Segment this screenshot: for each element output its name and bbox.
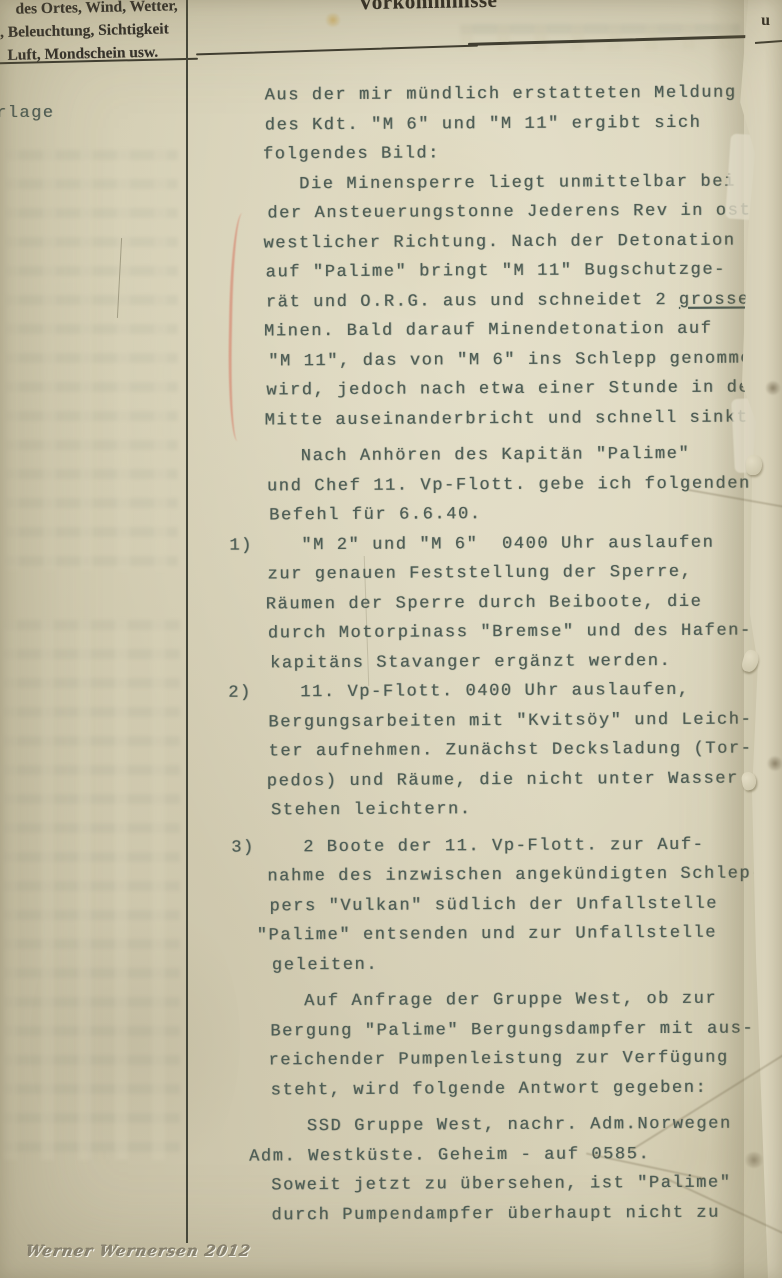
form-header-left-line: , Beleuchtung, Sichtigkeit [0,17,190,44]
typed-line: durch Pumpendampfer überhaupt nicht zu [271,1198,782,1231]
list-marker: 3) [231,833,255,863]
typed-line: reichender Pumpenleistung zur Verfügung [268,1043,782,1076]
typed-line: rät und O.R.G. aus und schneidet 2 gross… [266,285,780,318]
typed-text: rät und O.R.G. aus und schneidet 2 [266,290,679,312]
typed-line: "M 11", das von "M 6" ins Schlepp genomm… [268,344,782,377]
typed-line: steht, wird folgende Antwort gegeben: [271,1073,782,1106]
column-divider-line [186,0,188,1243]
typed-line: und Chef 11. Vp-Flott. gebe ich folgende… [267,469,781,502]
typed-line: geleiten. [272,948,782,981]
typed-line: kapitäns Stavanger ergänzt werden. [270,646,782,679]
typed-text: 11. Vp-Flott. 0400 Uhr auslaufen, [300,681,690,702]
typed-text: Befehl für 6.6.40. [269,505,482,525]
typed-line: Stehen leichtern. [271,793,782,826]
typed-text: und Chef 11. Vp-Flott. gebe ich folgende… [267,474,751,496]
typed-text: "M 11", das von "M 6" ins Schlepp genomm… [268,349,764,371]
typed-line: auf "Palime" bringt "M 11" Bugschutzge- [266,255,780,288]
ghost-bleedthrough [4,620,180,1160]
typed-text: pedos) und Räume, die nicht unter Wasser [267,769,739,791]
typed-line: durch Motorpinass "Bremse" und des Hafen… [268,616,782,649]
typed-text: pers "Vulkan" südlich der Unfallstelle [269,894,718,916]
ktb-scan-page: des Ortes, Wind, Wetter, , Beleuchtung, … [0,0,782,1278]
paper-stain [324,13,342,27]
list-marker: 2) [228,679,252,709]
typed-text: "Palime" entsenden und zur Unfallstelle [257,924,717,946]
typed-line: Bergungsarbeiten mit "Kvitsöy" und Leich… [268,705,782,738]
margin-note: rlage [0,104,55,123]
typed-line: Befehl für 6.6.40. [269,498,782,531]
typed-text: Mitte auseinanderbricht und schnell sink… [265,408,749,430]
typed-text: Aus der mir mündlich erstatteten Meldung [265,84,737,106]
typed-text: Nach Anhören des Kapitän "Palime" [301,445,691,466]
typed-line: westlicher Richtung. Nach der Detonation [263,226,777,259]
typed-line: des Kdt. "M 6" und "M 11" ergibt sich [265,108,779,141]
edge-dot [765,381,781,395]
typed-line: der Ansteuerungstonne Jederens Rev in os… [267,196,781,229]
typed-text: "M 2" und "M 6" 0400 Uhr auslaufen [301,533,714,555]
typed-line: wird, jedoch nach etwa einer Stunde in d… [266,373,780,406]
form-header-title: Vorkommnisse [358,0,498,15]
typed-text: Minen. Bald darauf Minendetonation auf [264,320,713,342]
typed-line: nahme des inzwischen angekündigten Schle… [267,859,781,892]
typed-text: kapitäns Stavanger ergänzt werden. [270,651,671,672]
typed-text: westlicher Richtung. Nach der Detonation [263,231,735,253]
typed-text: folgendes Bild: [263,144,440,164]
typed-text: der Ansteuerungstonne Jederens Rev in os… [267,201,763,223]
form-header-left: des Ortes, Wind, Wetter, , Beleuchtung, … [0,0,191,67]
typed-text: Adm. Westküste. Geheim - auf 0585. [249,1145,650,1166]
typed-text: reichender Pumpenleistung zur Verfügung [268,1049,728,1071]
typed-line: pedos) und Räume, die nicht unter Wasser [267,764,781,797]
typed-text: Stehen leichtern. [271,800,472,820]
typed-body: Aus der mir mündlich erstatteten Meldung… [224,78,782,1230]
typed-text: nahme des inzwischen angekündigten Schle… [267,864,763,886]
list-marker: 1) [229,531,253,561]
typed-text: Bergungsarbeiten mit "Kvitsöy" und Leich… [268,710,752,732]
typed-line: Nach Anhören des Kapitän "Palime" [301,439,781,471]
typed-text: des Kdt. "M 6" und "M 11" ergibt sich [265,113,702,135]
typed-line: Aus der mir mündlich erstatteten Meldung [264,78,778,111]
typed-line: ter aufnehmen. Zunächst Decksladung (Tor… [269,734,782,767]
typed-text: Die Minensperre liegt unmittelbar bei [299,172,736,194]
typed-text: Räumen der Sperre durch Beiboote, die [266,592,703,614]
typed-text: steht, wird folgende Antwort gegeben: [271,1078,708,1100]
typed-text: Soweit jetzt zu übersehen, ist "Palime" [271,1174,731,1196]
typed-line: Minen. Bald darauf Minendetonation auf [264,314,778,347]
typed-text: auf "Palime" bringt "M 11" Bugschutzge- [266,261,726,283]
typed-line: 2)11. Vp-Flott. 0400 Uhr auslaufen, [300,675,780,707]
typed-text: Auf Anfrage der Gruppe West, ob zur [304,990,717,1012]
typed-line: Räumen der Sperre durch Beiboote, die [266,587,780,620]
edge-dot [767,756,782,771]
typed-line: folgendes Bild: [263,137,777,170]
edge-dot [744,1152,764,1168]
typed-text: 2 Boote der 11. Vp-Flott. zur Auf- [303,835,704,856]
typed-line: Bergung "Palime" Bergungsdampfer mit aus… [270,1014,782,1047]
typed-text: zur genauen Feststellung der Sperre, [267,563,692,585]
typed-line: "Palime" entsenden und zur Unfallstelle [257,918,782,951]
typed-text: wird, jedoch nach etwa einer Stunde in d… [266,378,762,400]
typed-text: ter aufnehmen. Zunächst Decksladung (Tor… [269,739,753,761]
typed-text: durch Motorpinass "Bremse" und des Hafen… [268,621,752,643]
ghost-bleedthrough [6,150,178,570]
typed-line: Mitte auseinanderbricht und schnell sink… [264,403,778,436]
header-rule-right [196,45,478,56]
typed-text: durch Pumpendampfer überhaupt nicht zu [271,1203,720,1225]
typed-line: Adm. Westküste. Geheim - auf 0585. [249,1139,782,1172]
typed-line: zur genauen Feststellung der Sperre, [267,557,781,590]
typed-text: geleiten. [272,955,378,975]
typed-line: pers "Vulkan" südlich der Unfallstelle [269,889,782,922]
adjacent-page-text-fragment: u [761,12,770,30]
typed-line: Die Minensperre liegt unmittelbar bei [299,167,779,199]
watermark: Werner Wernersen 2012 [24,1242,252,1260]
typed-text: Bergung "Palime" Bergungsdampfer mit aus… [270,1019,754,1041]
